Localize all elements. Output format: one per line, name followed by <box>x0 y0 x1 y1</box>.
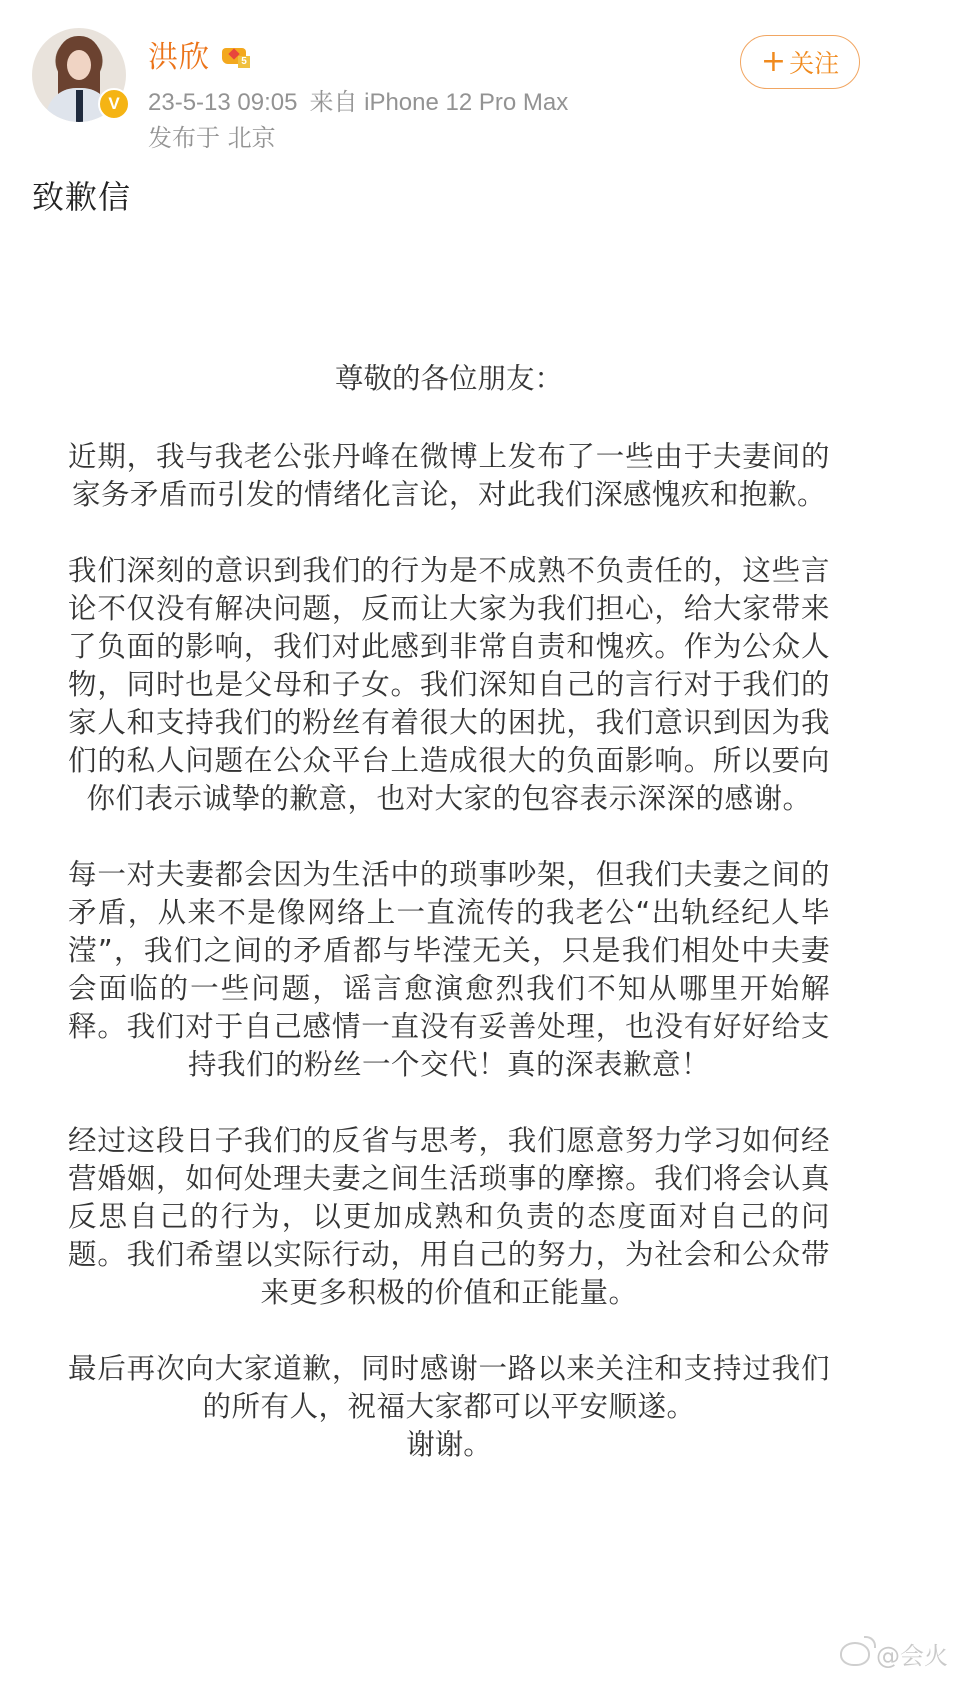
post-meta: 23-5-13 09:05来自 iPhone 12 Pro Max <box>148 82 568 117</box>
avatar-face <box>67 50 91 80</box>
plus-icon: + <box>761 47 786 77</box>
letter-paragraph: 近期，我与我老公张丹峰在微博上发布了一些由于夫妻间的家务矛盾而引发的情绪化言论，… <box>68 438 830 514</box>
follow-label: 关注 <box>789 44 839 80</box>
post-location: 发布于 北京 <box>148 118 276 153</box>
letter-greeting: 尊敬的各位朋友： <box>68 360 830 398</box>
post-timestamp: 23-5-13 09:05 <box>148 89 297 116</box>
avatar[interactable]: V <box>32 28 126 122</box>
letter-paragraph: 最后再次向大家道歉，同时感谢一路以来关注和支持过我们的所有人，祝福大家都可以平安… <box>68 1350 830 1426</box>
follow-button[interactable]: + 关注 <box>740 35 860 89</box>
letter-closing: 谢谢。 <box>68 1426 830 1464</box>
post-title: 致歉信 <box>32 172 131 218</box>
apology-letter-image[interactable]: 尊敬的各位朋友： 近期，我与我老公张丹峰在微博上发布了一些由于夫妻间的家务矛盾而… <box>68 360 830 1493</box>
weibo-logo-icon <box>840 1642 870 1666</box>
watermark: @会火 <box>840 1636 948 1671</box>
avatar-tie <box>76 90 83 122</box>
post-header: V 洪欣 5 23-5-13 09:05来自 iPhone 12 Pro Max… <box>0 0 960 160</box>
user-name-row: 洪欣 5 <box>148 34 250 74</box>
membership-level: 5 <box>238 56 250 68</box>
verified-badge-icon: V <box>98 88 130 120</box>
letter-paragraph: 每一对夫妻都会因为生活中的琐事吵架，但我们夫妻之间的矛盾，从来不是像网络上一直流… <box>68 856 830 1084</box>
letter-paragraph: 我们深刻的意识到我们的行为是不成熟不负责任的，这些言论不仅没有解决问题，反而让大… <box>68 552 830 818</box>
letter-paragraph: 经过这段日子我们的反省与思考，我们愿意努力学习如何经营婚姻，如何处理夫妻之间生活… <box>68 1122 830 1312</box>
user-name[interactable]: 洪欣 <box>148 32 210 76</box>
post-source: 来自 iPhone 12 Pro Max <box>309 89 568 116</box>
vip-crown-icon[interactable]: 5 <box>220 40 250 68</box>
watermark-text: @会火 <box>876 1636 948 1671</box>
